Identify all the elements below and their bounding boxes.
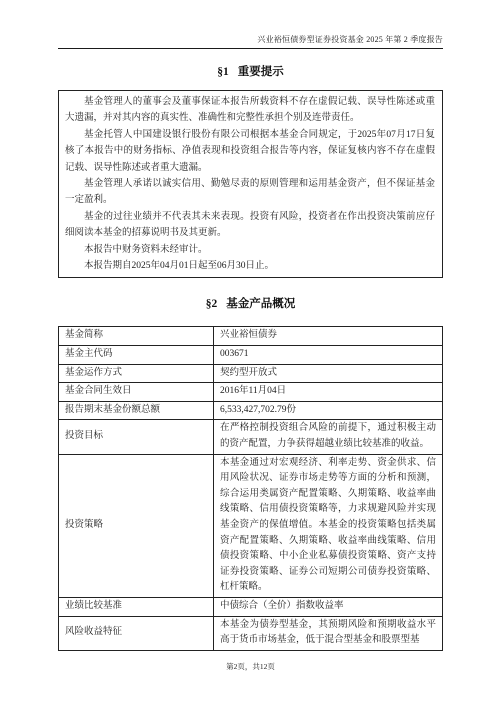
- row-label: 投资目标: [59, 420, 214, 454]
- section2-number: §2: [206, 298, 218, 310]
- table-row: 投资目标 在严格控制投资组合风险的前提下，通过积极主动的资产配置，力争获得超越业…: [59, 420, 443, 454]
- row-label: 投资策略: [59, 454, 214, 597]
- row-label: 报告期末基金份额总额: [59, 401, 214, 420]
- row-label: 风险收益特征: [59, 616, 214, 650]
- row-value: 6,533,427,702.79份: [214, 401, 443, 420]
- report-header: 兴业裕恒债券型证券投资基金 2025 年第 2 季度报告: [58, 34, 443, 49]
- row-value: 本基金通过对宏观经济、利率走势、资金供求、信用风险状况、证券市场走势等方面的分析…: [214, 454, 443, 597]
- important-notice-box: 基金管理人的董事会及董事保证本报告所载资料不存在虚假记载、误导性陈述或重大遗漏，…: [58, 90, 443, 278]
- row-value: 中债综合（全价）指数收益率: [214, 597, 443, 616]
- notice-paragraph: 基金的过往业绩并不代表其未来表现。投资有风险，投资者在作出投资决策前应仔细阅读本…: [65, 209, 435, 242]
- notice-paragraph: 本报告中财务资料未经审计。: [65, 242, 435, 258]
- notice-paragraph: 基金管理人承诺以诚实信用、勤勉尽责的原则管理和运用基金资产，但不保证基金一定盈利…: [65, 176, 435, 209]
- fund-overview-table: 基金简称 兴业裕恒债券 基金主代码 003671 基金运作方式 契约型开放式 基…: [58, 326, 443, 650]
- notice-paragraph: 基金管理人的董事会及董事保证本报告所载资料不存在虚假记载、误导性陈述或重大遗漏，…: [65, 94, 435, 127]
- row-value: 本基金为债券型基金，其预期风险和预期收益水平高于货币市场基金，低于混合型基金和股…: [214, 616, 443, 650]
- page-indicator: 第2页，共12页: [226, 662, 275, 671]
- row-label: 基金主代码: [59, 346, 214, 365]
- section2-title-text: 基金产品概况: [226, 298, 295, 310]
- notice-paragraph: 本报告期自2025年04月01日起至06月30日止。: [65, 258, 435, 274]
- row-label: 基金简称: [59, 327, 214, 346]
- table-row: 基金简称 兴业裕恒债券: [59, 327, 443, 346]
- table-row: 基金运作方式 契约型开放式: [59, 364, 443, 383]
- table-row: 业绩比较基准 中债综合（全价）指数收益率: [59, 597, 443, 616]
- report-header-title: 兴业裕恒债券型证券投资基金 2025 年第 2 季度报告: [257, 35, 443, 44]
- table-row: 风险收益特征 本基金为债券型基金，其预期风险和预期收益水平高于货币市场基金，低于…: [59, 616, 443, 650]
- row-label: 业绩比较基准: [59, 597, 214, 616]
- section1-number: §1: [217, 66, 229, 78]
- table-row: 基金主代码 003671: [59, 346, 443, 365]
- row-label: 基金运作方式: [59, 364, 214, 383]
- row-value: 在严格控制投资组合风险的前提下，通过积极主动的资产配置，力争获得超越业绩比较基准…: [214, 420, 443, 454]
- report-page: 兴业裕恒债券型证券投资基金 2025 年第 2 季度报告 §1重要提示 基金管理…: [0, 0, 500, 707]
- row-value: 兴业裕恒债券: [214, 327, 443, 346]
- section2-heading: §2基金产品概况: [58, 295, 443, 311]
- section1-title-text: 重要提示: [238, 66, 284, 78]
- table-row: 报告期末基金份额总额 6,533,427,702.79份: [59, 401, 443, 420]
- row-value: 003671: [214, 346, 443, 365]
- page-content: 兴业裕恒债券型证券投资基金 2025 年第 2 季度报告 §1重要提示 基金管理…: [58, 0, 443, 672]
- row-value: 2016年11月04日: [214, 383, 443, 402]
- table-row: 基金合同生效日 2016年11月04日: [59, 383, 443, 402]
- page-footer: 第2页，共12页: [58, 661, 443, 672]
- section1-heading: §1重要提示: [58, 63, 443, 79]
- row-value: 契约型开放式: [214, 364, 443, 383]
- row-label: 基金合同生效日: [59, 383, 214, 402]
- notice-paragraph: 基金托管人中国建设银行股份有限公司根据本基金合同规定，于2025年07月17日复…: [65, 127, 435, 176]
- table-row: 投资策略 本基金通过对宏观经济、利率走势、资金供求、信用风险状况、证券市场走势等…: [59, 454, 443, 597]
